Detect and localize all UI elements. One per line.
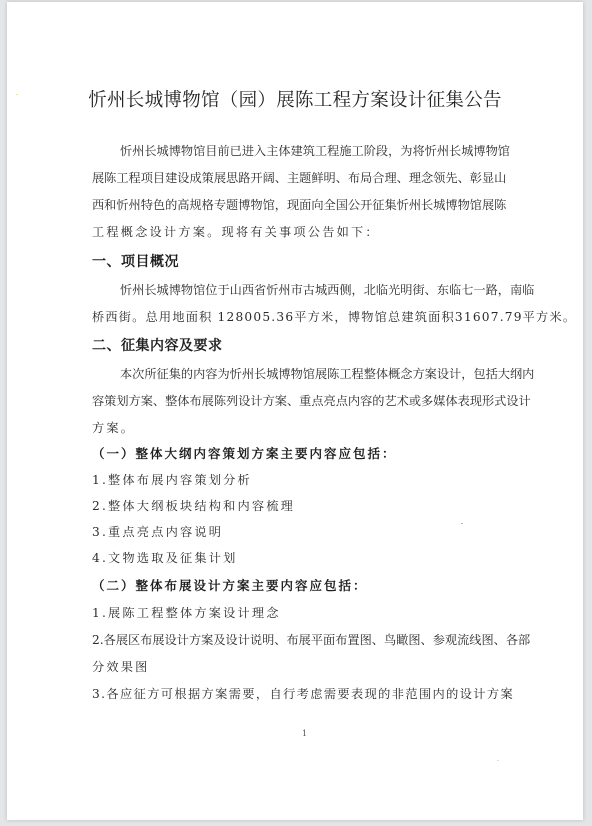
document-page: 忻州长城博物馆（园）展陈工程方案设计征集公告 忻州长城博物馆目前已进入主体建筑工… (7, 2, 583, 820)
layout-item-2-cont: 分效果图 (92, 658, 150, 675)
document-title: 忻州长城博物馆（园）展陈工程方案设计征集公告 (7, 86, 583, 112)
scan-speck (16, 94, 18, 95)
requirements-line-2: 容策划方案、整体布展陈列设计方案、重点亮点内容的艺术或多媒体表现形式设计 (92, 392, 504, 409)
intro-line-2: 展陈工程项目建设成策展思路开阔、主题鲜明、布局合理、理念领先、彰显山 (92, 169, 504, 186)
requirements-line-1: 本次所征集的内容为忻州长城博物馆展陈工程整体概念方案设计，包括大纲内 (120, 365, 504, 382)
requirements-line-3: 方案。 (92, 419, 135, 436)
section-heading-overview: 一、项目概况 (92, 251, 179, 271)
layout-item-2: 2.各展区布展设计方案及设计说明、布展平面布置图、鸟瞰图、参观流线图、各部 (92, 631, 504, 648)
intro-line-4: 工程概念设计方案。现将有关事项公告如下： (92, 223, 380, 240)
section-heading-requirements: 二、征集内容及要求 (92, 335, 223, 355)
outline-item-3: 3.重点亮点内容说明 (92, 523, 223, 540)
overview-line-2: 桥西街。总用地面积 128005.36平方米，博物馆总建筑面积31607.79平… (92, 308, 576, 325)
intro-line-3: 西和忻州特色的高规格专题博物馆，现面向全国公开征集忻州长城博物馆展陈 (92, 196, 504, 213)
scan-speck (461, 523, 463, 524)
outline-item-4: 4.文物选取及征集计划 (92, 549, 238, 566)
subsection-heading-outline: （一）整体大纲内容策划方案主要内容应包括： (92, 444, 397, 462)
scan-speck (497, 760, 499, 761)
outline-item-2: 2.整体大纲板块结构和内容梳理 (92, 497, 295, 514)
overview-line-1: 忻州长城博物馆位于山西省忻州市古城西侧，北临光明街、东临七一路，南临 (120, 281, 504, 298)
intro-line-1: 忻州长城博物馆目前已进入主体建筑工程施工阶段，为将忻州长城博物馆 (120, 142, 504, 159)
layout-item-1: 1.展陈工程整体方案设计理念 (92, 604, 281, 621)
layout-item-3: 3.各应征方可根据方案需要，自行考虑需要表现的非范围内的设计方案 (92, 685, 514, 702)
page-number: 1 (302, 729, 307, 738)
subsection-heading-layout: （二）整体布展设计方案主要内容应包括： (92, 576, 368, 594)
outline-item-1: 1.整体布展内容策划分析 (92, 471, 252, 488)
